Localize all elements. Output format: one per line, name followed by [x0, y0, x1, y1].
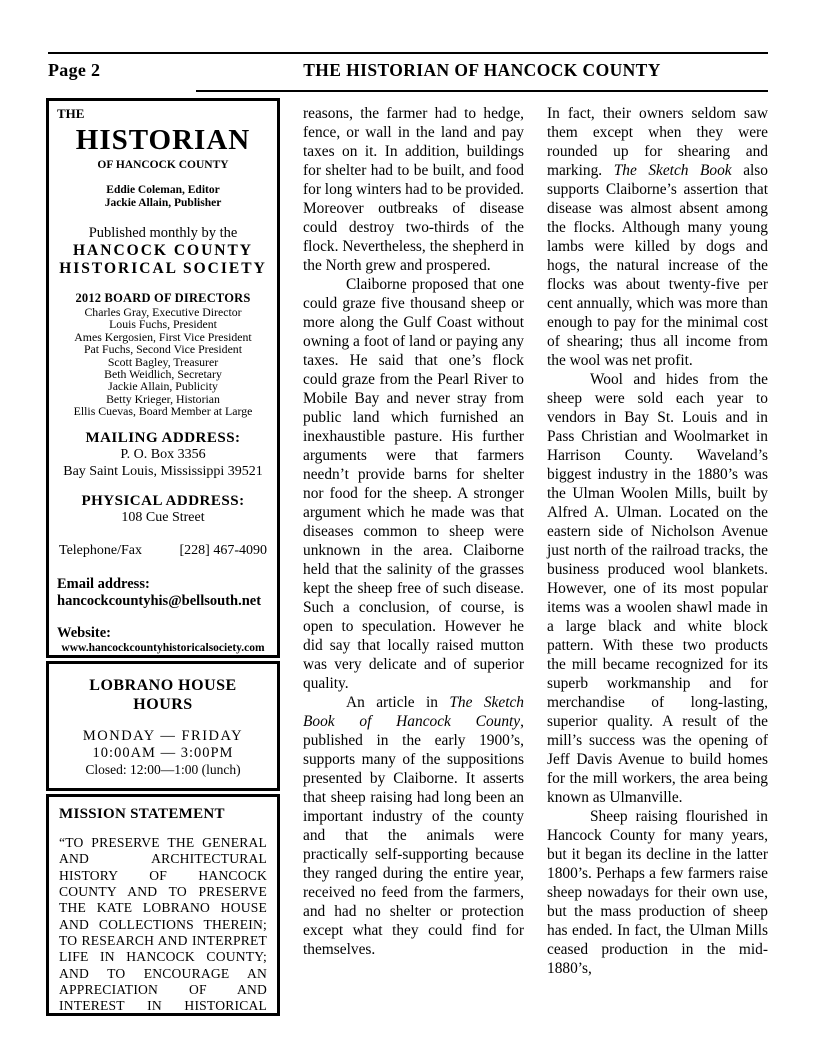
board-member: Louis Fuchs, President [57, 318, 269, 330]
paragraph-text: Sheep raising flourished in Hancock Coun… [547, 808, 768, 977]
masthead-credits: Eddie Coleman, Editor Jackie Allain, Pub… [57, 184, 269, 210]
main-content: THE HISTORIAN OF HANCOCK COUNTY Eddie Co… [0, 92, 816, 1016]
article-paragraph: Sheep raising flourished in Hancock Coun… [547, 807, 768, 978]
paragraph-text: , published in the early 1900’s, support… [303, 713, 524, 958]
mission-text: “TO PRESERVE THE GENERAL AND ARCHITECTUR… [59, 835, 267, 1016]
paragraph-text: reasons, the farmer had to hedge, fence,… [303, 105, 524, 274]
board-member: Jackie Allain, Publicity [57, 380, 269, 392]
physical-address-line1: 108 Cue Street [57, 510, 269, 526]
org-line-2: HISTORICAL SOCIETY [57, 260, 269, 278]
article-paragraph: In fact, their owners seldom saw them ex… [547, 104, 768, 370]
organization-name: HANCOCK COUNTY HISTORICAL SOCIETY [57, 242, 269, 278]
mailing-address-line2: Bay Saint Louis, Mississippi 39521 [57, 464, 269, 480]
masthead-title: HISTORIAN [57, 124, 269, 157]
published-by-line: Published monthly by the [57, 225, 269, 242]
hours-box: LOBRANO HOUSE HOURS MONDAY — FRIDAY 10:0… [46, 661, 280, 791]
page-header: Page 2 THE HISTORIAN OF HANCOCK COUNTY [0, 0, 816, 92]
mailing-address-label: MAILING ADDRESS: [57, 430, 269, 447]
email-value: hancockcountyhis@bellsouth.net [57, 593, 269, 610]
paragraph-text: also supports Claiborne’s assertion that… [547, 162, 768, 369]
website-url: www.hancockcountyhistoricalsociety.com [57, 642, 269, 654]
phone-row: Telephone/Fax [228] 467-4090 [57, 543, 269, 559]
paragraph-text: Wool and hides from the sheep were sold … [547, 371, 768, 806]
phone-value: [228] 467-4090 [180, 543, 268, 559]
header-row: Page 2 THE HISTORIAN OF HANCOCK COUNTY [48, 54, 768, 92]
sidebar: THE HISTORIAN OF HANCOCK COUNTY Eddie Co… [46, 98, 280, 1016]
hours-days: MONDAY — FRIDAY [55, 728, 271, 745]
article-paragraph: An article in The Sketch Book of Hancock… [303, 693, 524, 959]
webmaster-credit: Marianne Pluim, Webmaster [57, 654, 269, 658]
publisher-credit: Jackie Allain, Publisher [57, 197, 269, 210]
hours-title-line2: HOURS [55, 695, 271, 714]
board-member: Pat Fuchs, Second Vice President [57, 343, 269, 355]
phone-label: Telephone/Fax [59, 543, 142, 559]
board-title: 2012 BOARD OF DIRECTORS [57, 291, 269, 306]
board-member: Ellis Cuevas, Board Member at Large [57, 405, 269, 417]
book-title-italic: The Sketch Book [614, 162, 732, 179]
masthead-box: THE HISTORIAN OF HANCOCK COUNTY Eddie Co… [46, 98, 280, 658]
mailing-address-line1: P. O. Box 3356 [57, 447, 269, 463]
hours-title: LOBRANO HOUSE HOURS [55, 676, 271, 714]
hours-closed: Closed: 12:00—1:00 (lunch) [55, 762, 271, 778]
hours-times: 10:00AM — 3:00PM [55, 745, 271, 762]
board-list: Charles Gray, Executive Director Louis F… [57, 306, 269, 417]
article-column-middle: reasons, the farmer had to hedge, fence,… [303, 98, 524, 1016]
physical-address-label: PHYSICAL ADDRESS: [57, 493, 269, 510]
article-paragraph: reasons, the farmer had to hedge, fence,… [303, 104, 524, 275]
hours-title-line1: LOBRANO HOUSE [55, 676, 271, 695]
article-paragraph: Wool and hides from the sheep were sold … [547, 370, 768, 807]
org-line-1: HANCOCK COUNTY [57, 242, 269, 260]
newsletter-page: Page 2 THE HISTORIAN OF HANCOCK COUNTY T… [0, 0, 816, 1056]
editor-credit: Eddie Coleman, Editor [57, 184, 269, 197]
website-label: Website: [57, 625, 269, 642]
page-number: Page 2 [48, 60, 196, 81]
header-title-rule: THE HISTORIAN OF HANCOCK COUNTY [196, 60, 768, 92]
masthead-the: THE [57, 106, 269, 122]
article-column-right: In fact, their owners seldom saw them ex… [547, 98, 768, 1016]
masthead-subtitle: OF HANCOCK COUNTY [57, 159, 269, 171]
article-paragraph: Claiborne proposed that one could graze … [303, 275, 524, 693]
email-label: Email address: [57, 576, 269, 593]
page-title: THE HISTORIAN OF HANCOCK COUNTY [303, 60, 661, 80]
mission-title: MISSION STATEMENT [59, 806, 267, 823]
mission-box: MISSION STATEMENT “TO PRESERVE THE GENER… [46, 794, 280, 1016]
paragraph-text: Claiborne proposed that one could graze … [303, 276, 524, 692]
paragraph-text: An article in [346, 694, 449, 711]
